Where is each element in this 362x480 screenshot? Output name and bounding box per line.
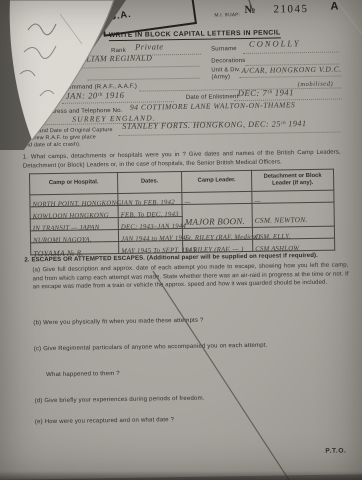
section-2-item-d: (d) Give briefly your experiences during… [35, 396, 205, 406]
field-value-surname: CONOLLY [249, 38, 301, 49]
col-header-camp: Camp or Hospital. [30, 173, 118, 195]
photo-bottom-shadow [0, 471, 362, 480]
col-header-block-leader: Detachment or Block Leader (if any). [251, 169, 333, 191]
field-label-date-of-birth: Date of Birth [22, 96, 58, 104]
section-2-item-c2: What happened to them ? [46, 371, 120, 379]
cell-camp: KOWLOON HONGKONG [33, 212, 109, 220]
dotted-line [243, 51, 339, 55]
col-header-dates: Dates. [117, 172, 181, 194]
field-label-decorations: Decorations [211, 58, 245, 66]
field-label-unit: Unit & Div. (Army) [211, 67, 240, 82]
pto-label: P.T.O. [325, 447, 346, 454]
cell-dates: FEB. To DEC, 1943 [121, 211, 179, 219]
field-value-address-line1: 94 COTTIMORE LANE WALTON-ON-THAMES [130, 100, 295, 112]
field-label-christian-names: Christian Names [21, 60, 68, 68]
document-photo: № 33 B.A. M.I. 9/JAP: № 21045 A WRITE IN… [0, 0, 362, 480]
form-sheet: № 33 B.A. M.I. 9/JAP: № 21045 A WRITE IN… [0, 0, 362, 480]
field-label-capture: Place and Date of Original Capture (Airc… [22, 127, 113, 149]
camps-table: Camp or Hospital. Dates. Camp Leader. De… [29, 169, 335, 256]
dotted-line [118, 130, 340, 135]
section-2-item-e: (e) How were you recaptured and on what … [35, 417, 174, 426]
cell-leader: — [184, 198, 190, 205]
field-value-no: V 3301 [37, 43, 66, 53]
dotted-line [88, 77, 200, 81]
cell-block-leader: — [254, 197, 260, 204]
stamp-number: 33 [141, 0, 156, 2]
field-label-no: No. [21, 48, 31, 55]
cell-camp: NORTH POINT. HONGKONG [32, 199, 121, 207]
serial-no-symbol: № [244, 4, 255, 16]
field-value-capture: STANLEY FORTS. HONGKONG, DEC: 25ᵗʰ 1941 [122, 119, 306, 131]
section-2-item-a: (a) Give full description and approx. da… [32, 261, 348, 292]
cell-dates: DEC: 1943–JAN 1944 [121, 222, 186, 230]
section-2-item-b: (b) Were you physically fit when you mad… [33, 318, 203, 328]
cell-leader: Lt. RILEY (RAF. Medical) [185, 233, 261, 241]
cell-camp: NUROMI NAGOYA. [33, 236, 92, 244]
field-value-date-of-birth: JAN: 20ᵗʰ 1916 [66, 90, 125, 101]
field-value-unit: A/CAR, HONGKONG V.D.C. [241, 64, 341, 75]
form-reference: M.I. 9/JAP: [215, 13, 241, 19]
field-label-surname: Surname [211, 46, 237, 54]
cell-leader: MAJOR BOON. [185, 216, 245, 227]
serial-number: 21045 [273, 3, 308, 16]
col-header-camp-leader: Camp Leader. [181, 170, 251, 192]
dotted-line [67, 65, 199, 69]
section-2-item-c: (c) Give Regimental particulars of anyon… [34, 343, 268, 354]
cell-block-leader: CSM. ELLY, [255, 233, 291, 241]
dotted-line [239, 74, 341, 78]
cell-block-leader: CSM ASHLOW [255, 245, 299, 253]
field-value-christian-names: WILLIAM REGINALD [71, 53, 152, 63]
serial-series-letter: A [330, 1, 338, 13]
field-value-date-of-enlistment: DEC: 7ᵗʰ 1941 [238, 87, 294, 98]
field-note-mobilised: (mobilised) [298, 81, 334, 89]
stamp-unit-label: B.A. [109, 9, 133, 23]
cell-dates: JAN 1944 to MAY 1945 [121, 234, 189, 242]
question-1-text: 1. What camps, detachments or hospitals … [23, 148, 341, 170]
field-value-rank: Private [135, 41, 164, 51]
cell-dates: JAN To FEB. 1942 [120, 199, 174, 207]
cell-block-leader: CSM. NEWTON. [255, 215, 308, 225]
cell-camp: IN TRANSIT — JAPAN [33, 224, 100, 232]
field-label-ship: Ship (R.N., U.S.N. or Merchant Navy) [21, 70, 72, 85]
